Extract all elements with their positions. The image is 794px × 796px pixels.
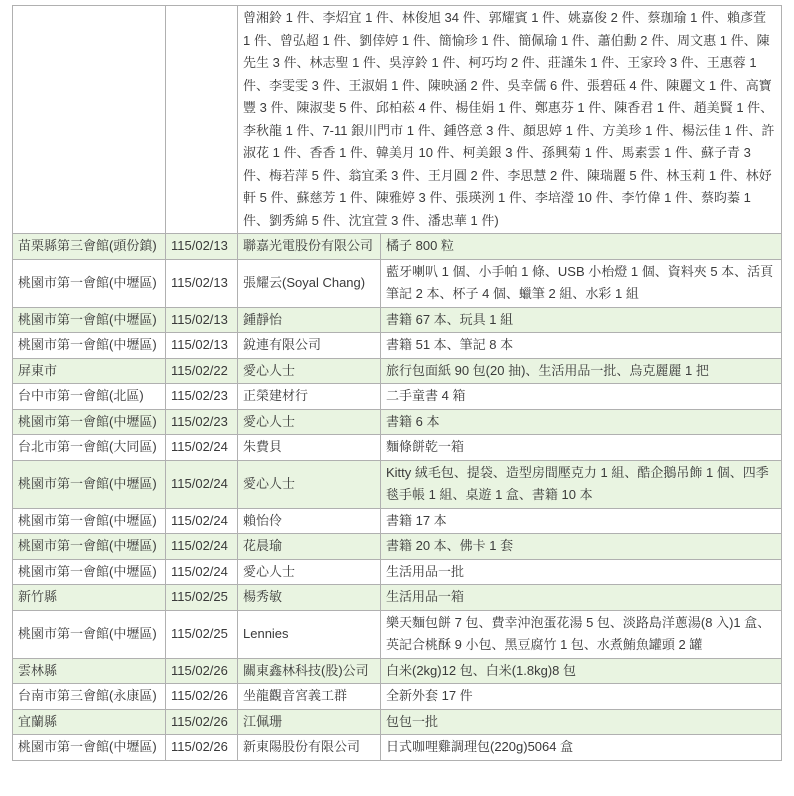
table-row: 桃園市第一會館(中壢區)115/02/24花晨瑜書籍 20 本、佛卡 1 套 [13, 534, 782, 560]
location-cell: 雲林縣 [13, 658, 166, 684]
table-row: 桃園市第一會館(中壢區)115/02/26新東陽股份有限公司日式咖哩雞調理包(2… [13, 735, 782, 761]
donor-cell: 愛心人士 [238, 358, 381, 384]
items-cell: 樂天麵包餅 7 包、費幸沖泡蛋花湯 5 包、淡路島洋蔥湯(8 入)1 盒、英記合… [381, 610, 782, 658]
donor-cell: 正榮建材行 [238, 384, 381, 410]
location-cell: 桃園市第一會館(中壢區) [13, 259, 166, 307]
table-row: 桃園市第一會館(中壢區)115/02/13鍾靜怡書籍 67 本、玩具 1 組 [13, 307, 782, 333]
location-cell [13, 6, 166, 234]
location-cell: 桃園市第一會館(中壢區) [13, 460, 166, 508]
date-cell: 115/02/26 [166, 709, 238, 735]
location-cell: 桃園市第一會館(中壢區) [13, 735, 166, 761]
table-row: 雲林縣115/02/26關東鑫林科技(股)公司白米(2kg)12 包、白米(1.… [13, 658, 782, 684]
date-cell: 115/02/13 [166, 234, 238, 260]
location-cell: 桃園市第一會館(中壢區) [13, 307, 166, 333]
items-cell: 包包一批 [381, 709, 782, 735]
date-cell: 115/02/26 [166, 658, 238, 684]
date-cell: 115/02/26 [166, 684, 238, 710]
items-cell: 書籍 51 本、筆記 8 本 [381, 333, 782, 359]
donor-cell: Lennies [238, 610, 381, 658]
table-row: 曾湘鈴 1 件、李炤宜 1 件、林俊旭 34 件、郭耀賓 1 件、姚嘉俊 2 件… [13, 6, 782, 234]
items-cell: 二手童書 4 箱 [381, 384, 782, 410]
date-cell: 115/02/22 [166, 358, 238, 384]
date-cell: 115/02/24 [166, 460, 238, 508]
items-cell: 書籍 67 本、玩具 1 組 [381, 307, 782, 333]
donor-cell: 賴怡伶 [238, 508, 381, 534]
table-row: 桃園市第一會館(中壢區)115/02/24愛心人士Kitty 絨毛包、提袋、造型… [13, 460, 782, 508]
items-cell: 日式咖哩雞調理包(220g)5064 盒 [381, 735, 782, 761]
location-cell: 桃園市第一會館(中壢區) [13, 559, 166, 585]
table-row: 桃園市第一會館(中壢區)115/02/13張耀云(Soyal Chang)藍牙喇… [13, 259, 782, 307]
date-cell: 115/02/24 [166, 534, 238, 560]
donor-cell: 愛心人士 [238, 559, 381, 585]
table-row: 苗栗縣第三會館(頭份鎮)115/02/13聯嘉光電股份有限公司橘子 800 粒 [13, 234, 782, 260]
location-cell: 桃園市第一會館(中壢區) [13, 333, 166, 359]
donor-cell: 江佩珊 [238, 709, 381, 735]
items-cell: 橘子 800 粒 [381, 234, 782, 260]
donor-cell: 楊秀敏 [238, 585, 381, 611]
items-cell: 書籍 17 本 [381, 508, 782, 534]
table-row: 桃園市第一會館(中壢區)115/02/25Lennies樂天麵包餅 7 包、費幸… [13, 610, 782, 658]
date-cell: 115/02/26 [166, 735, 238, 761]
items-cell: 書籍 6 本 [381, 409, 782, 435]
date-cell: 115/02/25 [166, 610, 238, 658]
items-cell: 全新外套 17 件 [381, 684, 782, 710]
page: { "colors": { "row_alt_green": "#e9f4e1"… [0, 0, 794, 796]
location-cell: 宜蘭縣 [13, 709, 166, 735]
location-cell: 台北市第一會館(大同區) [13, 435, 166, 461]
table-row: 台中市第一會館(北區)115/02/23正榮建材行二手童書 4 箱 [13, 384, 782, 410]
table-row: 桃園市第一會館(中壢區)115/02/24賴怡伶書籍 17 本 [13, 508, 782, 534]
table-row: 桃園市第一會館(中壢區)115/02/23愛心人士書籍 6 本 [13, 409, 782, 435]
items-cell: 白米(2kg)12 包、白米(1.8kg)8 包 [381, 658, 782, 684]
donor-cell: 聯嘉光電股份有限公司 [238, 234, 381, 260]
donor-cell: 愛心人士 [238, 409, 381, 435]
date-cell: 115/02/13 [166, 333, 238, 359]
donation-table-body: 曾湘鈴 1 件、李炤宜 1 件、林俊旭 34 件、郭耀賓 1 件、姚嘉俊 2 件… [13, 6, 782, 761]
items-cell: 書籍 20 本、佛卡 1 套 [381, 534, 782, 560]
date-cell: 115/02/23 [166, 384, 238, 410]
items-cell: 麵條餅乾一箱 [381, 435, 782, 461]
donation-table: 曾湘鈴 1 件、李炤宜 1 件、林俊旭 34 件、郭耀賓 1 件、姚嘉俊 2 件… [12, 5, 782, 761]
table-row: 宜蘭縣115/02/26江佩珊包包一批 [13, 709, 782, 735]
location-cell: 桃園市第一會館(中壢區) [13, 508, 166, 534]
donor-cell: 朱費貝 [238, 435, 381, 461]
donor-cell: 花晨瑜 [238, 534, 381, 560]
donor-cell: 新東陽股份有限公司 [238, 735, 381, 761]
table-row: 台北市第一會館(大同區)115/02/24朱費貝麵條餅乾一箱 [13, 435, 782, 461]
donor-cell: 坐龍觀音宮義工群 [238, 684, 381, 710]
date-cell: 115/02/24 [166, 508, 238, 534]
date-cell: 115/02/24 [166, 435, 238, 461]
donor-cell: 愛心人士 [238, 460, 381, 508]
items-cell: 藍牙喇叭 1 個、小手帕 1 條、USB 小枱燈 1 個、資料夾 5 本、活頁筆… [381, 259, 782, 307]
table-row: 台南市第三會館(永康區)115/02/26坐龍觀音宮義工群全新外套 17 件 [13, 684, 782, 710]
location-cell: 屏東市 [13, 358, 166, 384]
date-cell: 115/02/13 [166, 259, 238, 307]
location-cell: 桃園市第一會館(中壢區) [13, 534, 166, 560]
donor-cell: 銳連有限公司 [238, 333, 381, 359]
table-row: 桃園市第一會館(中壢區)115/02/13銳連有限公司書籍 51 本、筆記 8 … [13, 333, 782, 359]
table-row: 新竹縣115/02/25楊秀敏生活用品一箱 [13, 585, 782, 611]
donor-cell: 張耀云(Soyal Chang) [238, 259, 381, 307]
table-row: 屏東市115/02/22愛心人士旅行包面紙 90 包(20 抽)、生活用品一批、… [13, 358, 782, 384]
table-row: 桃園市第一會館(中壢區)115/02/24愛心人士生活用品一批 [13, 559, 782, 585]
items-cell: 生活用品一箱 [381, 585, 782, 611]
location-cell: 台南市第三會館(永康區) [13, 684, 166, 710]
date-cell: 115/02/24 [166, 559, 238, 585]
items-cell: Kitty 絨毛包、提袋、造型房間壓克力 1 組、酷企鵝吊飾 1 個、四季毯手帳… [381, 460, 782, 508]
location-cell: 苗栗縣第三會館(頭份鎮) [13, 234, 166, 260]
date-cell [166, 6, 238, 234]
date-cell: 115/02/25 [166, 585, 238, 611]
location-cell: 桃園市第一會館(中壢區) [13, 610, 166, 658]
items-cell: 曾湘鈴 1 件、李炤宜 1 件、林俊旭 34 件、郭耀賓 1 件、姚嘉俊 2 件… [238, 6, 782, 234]
items-cell: 生活用品一批 [381, 559, 782, 585]
date-cell: 115/02/13 [166, 307, 238, 333]
items-cell: 旅行包面紙 90 包(20 抽)、生活用品一批、烏克麗麗 1 把 [381, 358, 782, 384]
location-cell: 台中市第一會館(北區) [13, 384, 166, 410]
location-cell: 新竹縣 [13, 585, 166, 611]
donor-cell: 鍾靜怡 [238, 307, 381, 333]
date-cell: 115/02/23 [166, 409, 238, 435]
donor-cell: 關東鑫林科技(股)公司 [238, 658, 381, 684]
location-cell: 桃園市第一會館(中壢區) [13, 409, 166, 435]
